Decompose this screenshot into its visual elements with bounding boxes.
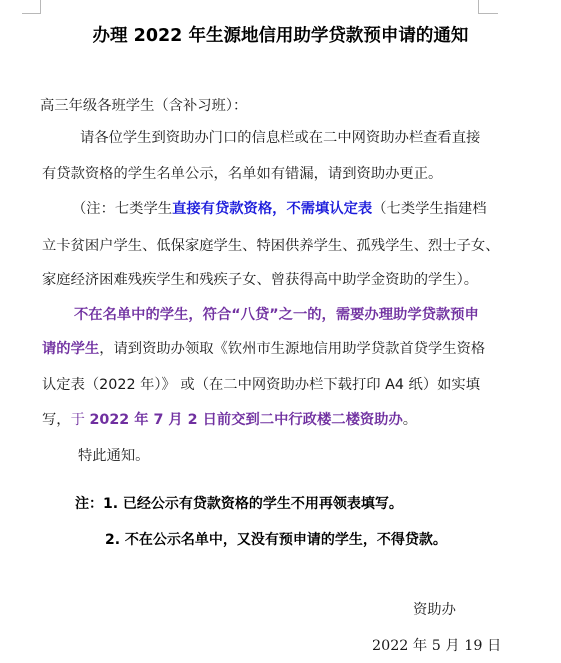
signature-date: 2022 年 5 月 19 日 — [372, 636, 501, 656]
deadline-lead: 于 — [71, 412, 90, 428]
page-corner-mark-right — [478, 0, 498, 14]
note-suffix: （七类学生指建档 — [372, 201, 486, 217]
closing-text: 特此通知。 — [78, 446, 149, 466]
line4-prefix: 写， — [42, 412, 71, 428]
salutation: 高三年级各班学生（含补习班）： — [40, 96, 247, 116]
note-prefix: （注：七类学生 — [72, 201, 172, 217]
paragraph-3-line-2: 请的学生，请到资助办领取《钦州市生源地信用助学贷款首贷学生资格 — [42, 339, 485, 359]
signature-office: 资助办 — [413, 600, 456, 620]
paragraph-1-line-2: 有贷款资格的学生名单公示，名单如有错漏，请到资助办更正。 — [42, 164, 442, 184]
deadline-highlight: 2022 年 7 月 2 日前交到二中行政楼二楼资助办 — [89, 412, 402, 428]
note-2: 2. 不在公示名单中，又没有预申请的学生，不得贷款。 — [105, 530, 447, 550]
paragraph-3-line-3: 认定表（2022 年）》 或（在二中网资助办栏下载打印 A4 纸）如实填 — [42, 375, 480, 395]
direct-eligibility-highlight: 直接有贷款资格，不需填认定表 — [172, 201, 372, 217]
note-1: 注：1. 已经公示有贷款资格的学生不用再领表填写。 — [75, 494, 403, 514]
paragraph-2-line-2: 立卡贫困户学生、低保家庭学生、特困供养学生、孤残学生、烈士子女、 — [42, 236, 500, 256]
paragraph-3-line-4: 写，于 2022 年 7 月 2 日前交到二中行政楼二楼资助办。 — [42, 410, 417, 430]
paragraph-3-line-1: 不在名单中的学生，符合“八贷”之一的，需要办理助学贷款预申 — [74, 305, 479, 325]
document-title: 办理 2022 年生源地信用助学贷款预申请的通知 — [0, 22, 561, 47]
applicant-highlight: 请的学生 — [42, 341, 99, 357]
paragraph-3-line-2-rest: ，请到资助办领取《钦州市生源地信用助学贷款首贷学生资格 — [99, 341, 485, 357]
paragraph-2-line-3: 家庭经济困难残疾学生和残疾子女、曾获得高中助学金资助的学生）。 — [42, 270, 478, 290]
line4-suffix: 。 — [403, 412, 417, 428]
paragraph-1-line-1: 请各位学生到资助办门口的信息栏或在二中网资助办栏查看直接 — [80, 128, 480, 148]
paragraph-2-line-1: （注：七类学生直接有贷款资格，不需填认定表（七类学生指建档 — [72, 199, 487, 219]
page-corner-mark-left — [22, 0, 41, 14]
